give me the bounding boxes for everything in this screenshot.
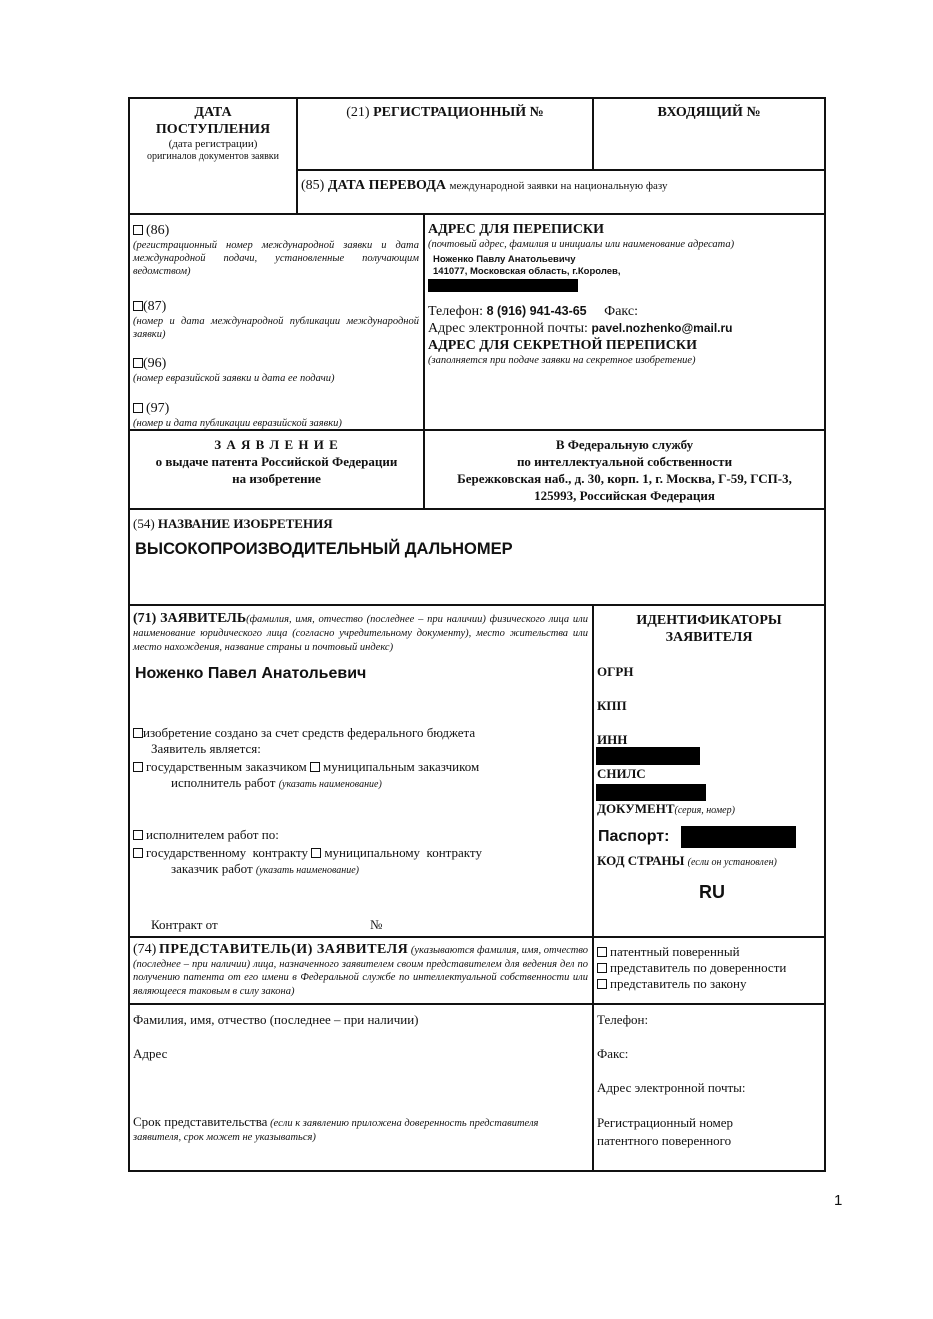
representative-label: ПРЕДСТАВИТЕЛЬ(И) ЗАЯВИТЕЛЯ [159, 942, 408, 957]
border-bottom [128, 1170, 826, 1172]
identifiers-title-line: ИДЕНТИФИКАТОРЫ [594, 612, 824, 629]
rep-term-label: Срок представительства [133, 1114, 267, 1129]
fax-label: Факс: [604, 304, 638, 319]
applicant-executor: исполнителем работ по: государственному … [133, 827, 588, 879]
rep-reg-number-line: Регистрационный номер [597, 1114, 733, 1132]
divider [128, 508, 826, 510]
correspondence-phone-row: Телефон: 8 (916) 941-43-65 Факс: [428, 303, 638, 320]
date-received-title: ПОСТУПЛЕНИЯ [130, 121, 296, 138]
recipient-cell: В Федеральную службу по интеллектуальной… [425, 436, 824, 504]
translation-code: (85) [301, 178, 324, 193]
recipient-line: 125993, Российская Федерация [425, 487, 824, 504]
representative-types: патентный поверенный представитель по до… [597, 944, 786, 992]
checkbox-patent-attorney[interactable] [597, 947, 607, 957]
registration-label: РЕГИСТРАЦИОННЫЙ № [373, 105, 544, 120]
page-number: 1 [834, 1192, 842, 1209]
invention-code: (54) [133, 516, 155, 531]
rep-fio-label: Фамилия, имя, отчество (последнее – при … [133, 1012, 419, 1028]
rep-phone-label: Телефон: [597, 1012, 648, 1028]
field-97: (97) (номер и дата публикации евразийско… [133, 400, 419, 430]
contractor-hint: (указать наименование) [279, 779, 382, 790]
field-hint: (номер и дата международной публикации м… [133, 315, 419, 341]
municipal-customer-label: муниципальным заказчиком [323, 759, 479, 774]
country-label: КОД СТРАНЫ [597, 853, 684, 868]
field-code: (87) [143, 299, 166, 314]
applicant-header: (71) ЗАЯВИТЕЛЬ(фамилия, имя, отчество (п… [133, 612, 588, 655]
representative-code: (74) [133, 942, 156, 957]
applicant-label: ЗАЯВИТЕЛЬ [160, 611, 246, 626]
international-section: (86) (регистрационный номер международно… [133, 222, 419, 430]
checkbox-97[interactable] [133, 403, 143, 413]
checkbox-municipal-contract[interactable] [311, 848, 321, 858]
municipal-contract-label: муниципальному контракту [324, 845, 482, 860]
secret-hint: (заполняется при подаче заявки на секрет… [428, 354, 696, 367]
checkbox-executor[interactable] [133, 830, 143, 840]
rep-reg-number: Регистрационный номер патентного поверен… [597, 1114, 733, 1150]
customer-hint: (указать наименование) [256, 865, 359, 876]
applicant-code: (71) [133, 611, 156, 626]
translation-date-cell[interactable]: (85) ДАТА ПЕРЕВОДА международной заявки … [301, 177, 821, 195]
date-received-title: ДАТА [130, 104, 296, 121]
representative-header: (74) ПРЕДСТАВИТЕЛЬ(И) ЗАЯВИТЕЛЯ (указыва… [133, 943, 588, 998]
country-hint: (если он установлен) [688, 857, 777, 868]
type-label: патентный поверенный [610, 944, 740, 959]
checkbox-87[interactable] [133, 301, 143, 311]
redacted-inn [596, 747, 700, 765]
divider [128, 936, 826, 938]
document-row: ДОКУМЕНТ(серия, номер) [597, 801, 735, 819]
registration-code: (21) [346, 105, 369, 120]
checkbox-proxy-representative[interactable] [597, 963, 607, 973]
correspondence-section: АДРЕС ДЛЯ ПЕРЕПИСКИ (почтовый адрес, фам… [428, 221, 822, 278]
border-right [824, 97, 826, 1172]
statement-line: на изобретение [130, 470, 423, 487]
recipient-line: по интеллектуальной собственности [425, 453, 824, 470]
rep-address-label: Адрес [133, 1046, 167, 1062]
document-label: ДОКУМЕНТ [597, 801, 675, 816]
field-code: (97) [146, 401, 169, 416]
document-hint: (серия, номер) [675, 805, 735, 816]
executor-label: исполнителем работ по: [146, 827, 279, 842]
identifiers-title-line: ЗАЯВИТЕЛЯ [594, 629, 824, 646]
statement-line: о выдаче патента Российской Федерации [130, 453, 423, 470]
rep-fax-label: Факс: [597, 1046, 628, 1062]
date-received-sub: оригиналов документов заявки [130, 151, 296, 163]
invention-title[interactable]: ВЫСОКОПРОИЗВОДИТЕЛЬНЫЙ ДАЛЬНОМЕР [135, 539, 513, 559]
redacted-snils [596, 784, 706, 801]
invention-label-row: (54) НАЗВАНИЕ ИЗОБРЕТЕНИЯ [133, 516, 333, 532]
checkbox-state-customer[interactable] [133, 762, 143, 772]
field-code: (96) [143, 356, 166, 371]
federal-budget-label: изобретение создано за счет средств феде… [143, 725, 475, 740]
date-received-cell: ДАТА ПОСТУПЛЕНИЯ (дата регистрации) ориг… [130, 104, 296, 163]
contractor-label: исполнитель работ [171, 775, 275, 790]
phone-value[interactable]: 8 (916) 941-43-65 [487, 304, 587, 318]
snils-label: СНИЛС [597, 766, 646, 782]
border-top [128, 97, 826, 99]
correspondence-title: АДРЕС ДЛЯ ПЕРЕПИСКИ [428, 221, 822, 238]
divider [296, 169, 826, 171]
email-label: Адрес электронной почты: [428, 321, 588, 336]
rep-email-label: Адрес электронной почты: [597, 1080, 746, 1096]
inn-label: ИНН [597, 732, 627, 748]
type-label: представитель по закону [610, 976, 747, 991]
country-row: КОД СТРАНЫ (если он установлен) [597, 853, 777, 871]
state-contract-label: государственному контракту [146, 845, 308, 860]
customer-label: заказчик работ [171, 861, 253, 876]
correspondence-email-row: Адрес электронной почты: pavel.nozhenko@… [428, 320, 733, 337]
contract-number-label: № [370, 917, 382, 933]
checkbox-municipal-customer[interactable] [310, 762, 320, 772]
phone-label: Телефон: [428, 304, 483, 319]
invention-label: НАЗВАНИЕ ИЗОБРЕТЕНИЯ [158, 516, 333, 531]
applicant-name[interactable]: Ноженко Павел Анатольевич [135, 664, 366, 684]
contract-from-label: Контракт от [151, 917, 218, 933]
secret-title: АДРЕС ДЛЯ СЕКРЕТНОЙ ПЕРЕПИСКИ [428, 337, 697, 354]
identifiers-title: ИДЕНТИФИКАТОРЫ ЗАЯВИТЕЛЯ [594, 612, 824, 646]
field-96: (96) (номер евразийской заявки и дата ее… [133, 355, 419, 400]
redacted-passport [681, 826, 796, 848]
correspondence-hint: (почтовый адрес, фамилия и инициалы или … [428, 238, 822, 251]
statement-cell: З А Я В Л Е Н И Е о выдаче патента Росси… [130, 436, 423, 487]
field-86: (86) (регистрационный номер международно… [133, 222, 419, 298]
address-line[interactable]: 141077, Московская область, г.Королев, [433, 266, 822, 278]
incoming-number-cell[interactable]: ВХОДЯЩИЙ № [594, 104, 824, 121]
rep-term: Срок представительства (если к заявлению… [133, 1114, 553, 1145]
type-label: представитель по доверенности [610, 960, 786, 975]
applicant-is-label: Заявитель является: [151, 741, 588, 757]
passport-label: Паспорт: [598, 827, 669, 847]
translation-label: ДАТА ПЕРЕВОДА [328, 178, 446, 193]
checkbox-federal-budget[interactable] [133, 728, 143, 738]
addressee[interactable]: Ноженко Павлу Анатольевичу [433, 253, 822, 266]
kpp-label: КПП [597, 698, 627, 714]
field-code: (86) [146, 223, 169, 238]
recipient-line: В Федеральную службу [425, 436, 824, 453]
translation-hint: международной заявки на национальную фаз… [449, 180, 667, 192]
field-87: (87) (номер и дата международной публика… [133, 298, 419, 355]
field-hint: (номер евразийской заявки и дата ее пода… [133, 372, 419, 385]
checkbox-state-contract[interactable] [133, 848, 143, 858]
incoming-label: ВХОДЯЩИЙ № [657, 105, 760, 120]
email-value[interactable]: pavel.nozhenko@mail.ru [591, 321, 732, 335]
recipient-line: Бережковская наб., д. 30, корп. 1, г. Мо… [425, 470, 824, 487]
redacted-address [428, 279, 578, 292]
applicant-status: изобретение создано за счет средств феде… [133, 725, 588, 793]
country-code[interactable]: RU [594, 881, 830, 903]
ogrn-label: ОГРН [597, 664, 633, 680]
registration-number-cell[interactable]: (21) РЕГИСТРАЦИОННЫЙ № [298, 104, 592, 121]
checkbox-86[interactable] [133, 225, 143, 235]
checkbox-legal-representative[interactable] [597, 979, 607, 989]
divider [128, 213, 826, 215]
field-hint: (номер и дата публикации евразийской зая… [133, 417, 419, 430]
rep-reg-number-line: патентного поверенного [597, 1132, 733, 1150]
border-left [128, 97, 130, 1172]
checkbox-96[interactable] [133, 358, 143, 368]
date-received-sub: (дата регистрации) [130, 138, 296, 151]
field-hint: (регистрационный номер международной зая… [133, 239, 419, 278]
state-customer-label: государственным заказчиком [146, 759, 307, 774]
divider [128, 1003, 826, 1005]
statement-title: З А Я В Л Е Н И Е [130, 436, 423, 453]
divider [128, 604, 826, 606]
